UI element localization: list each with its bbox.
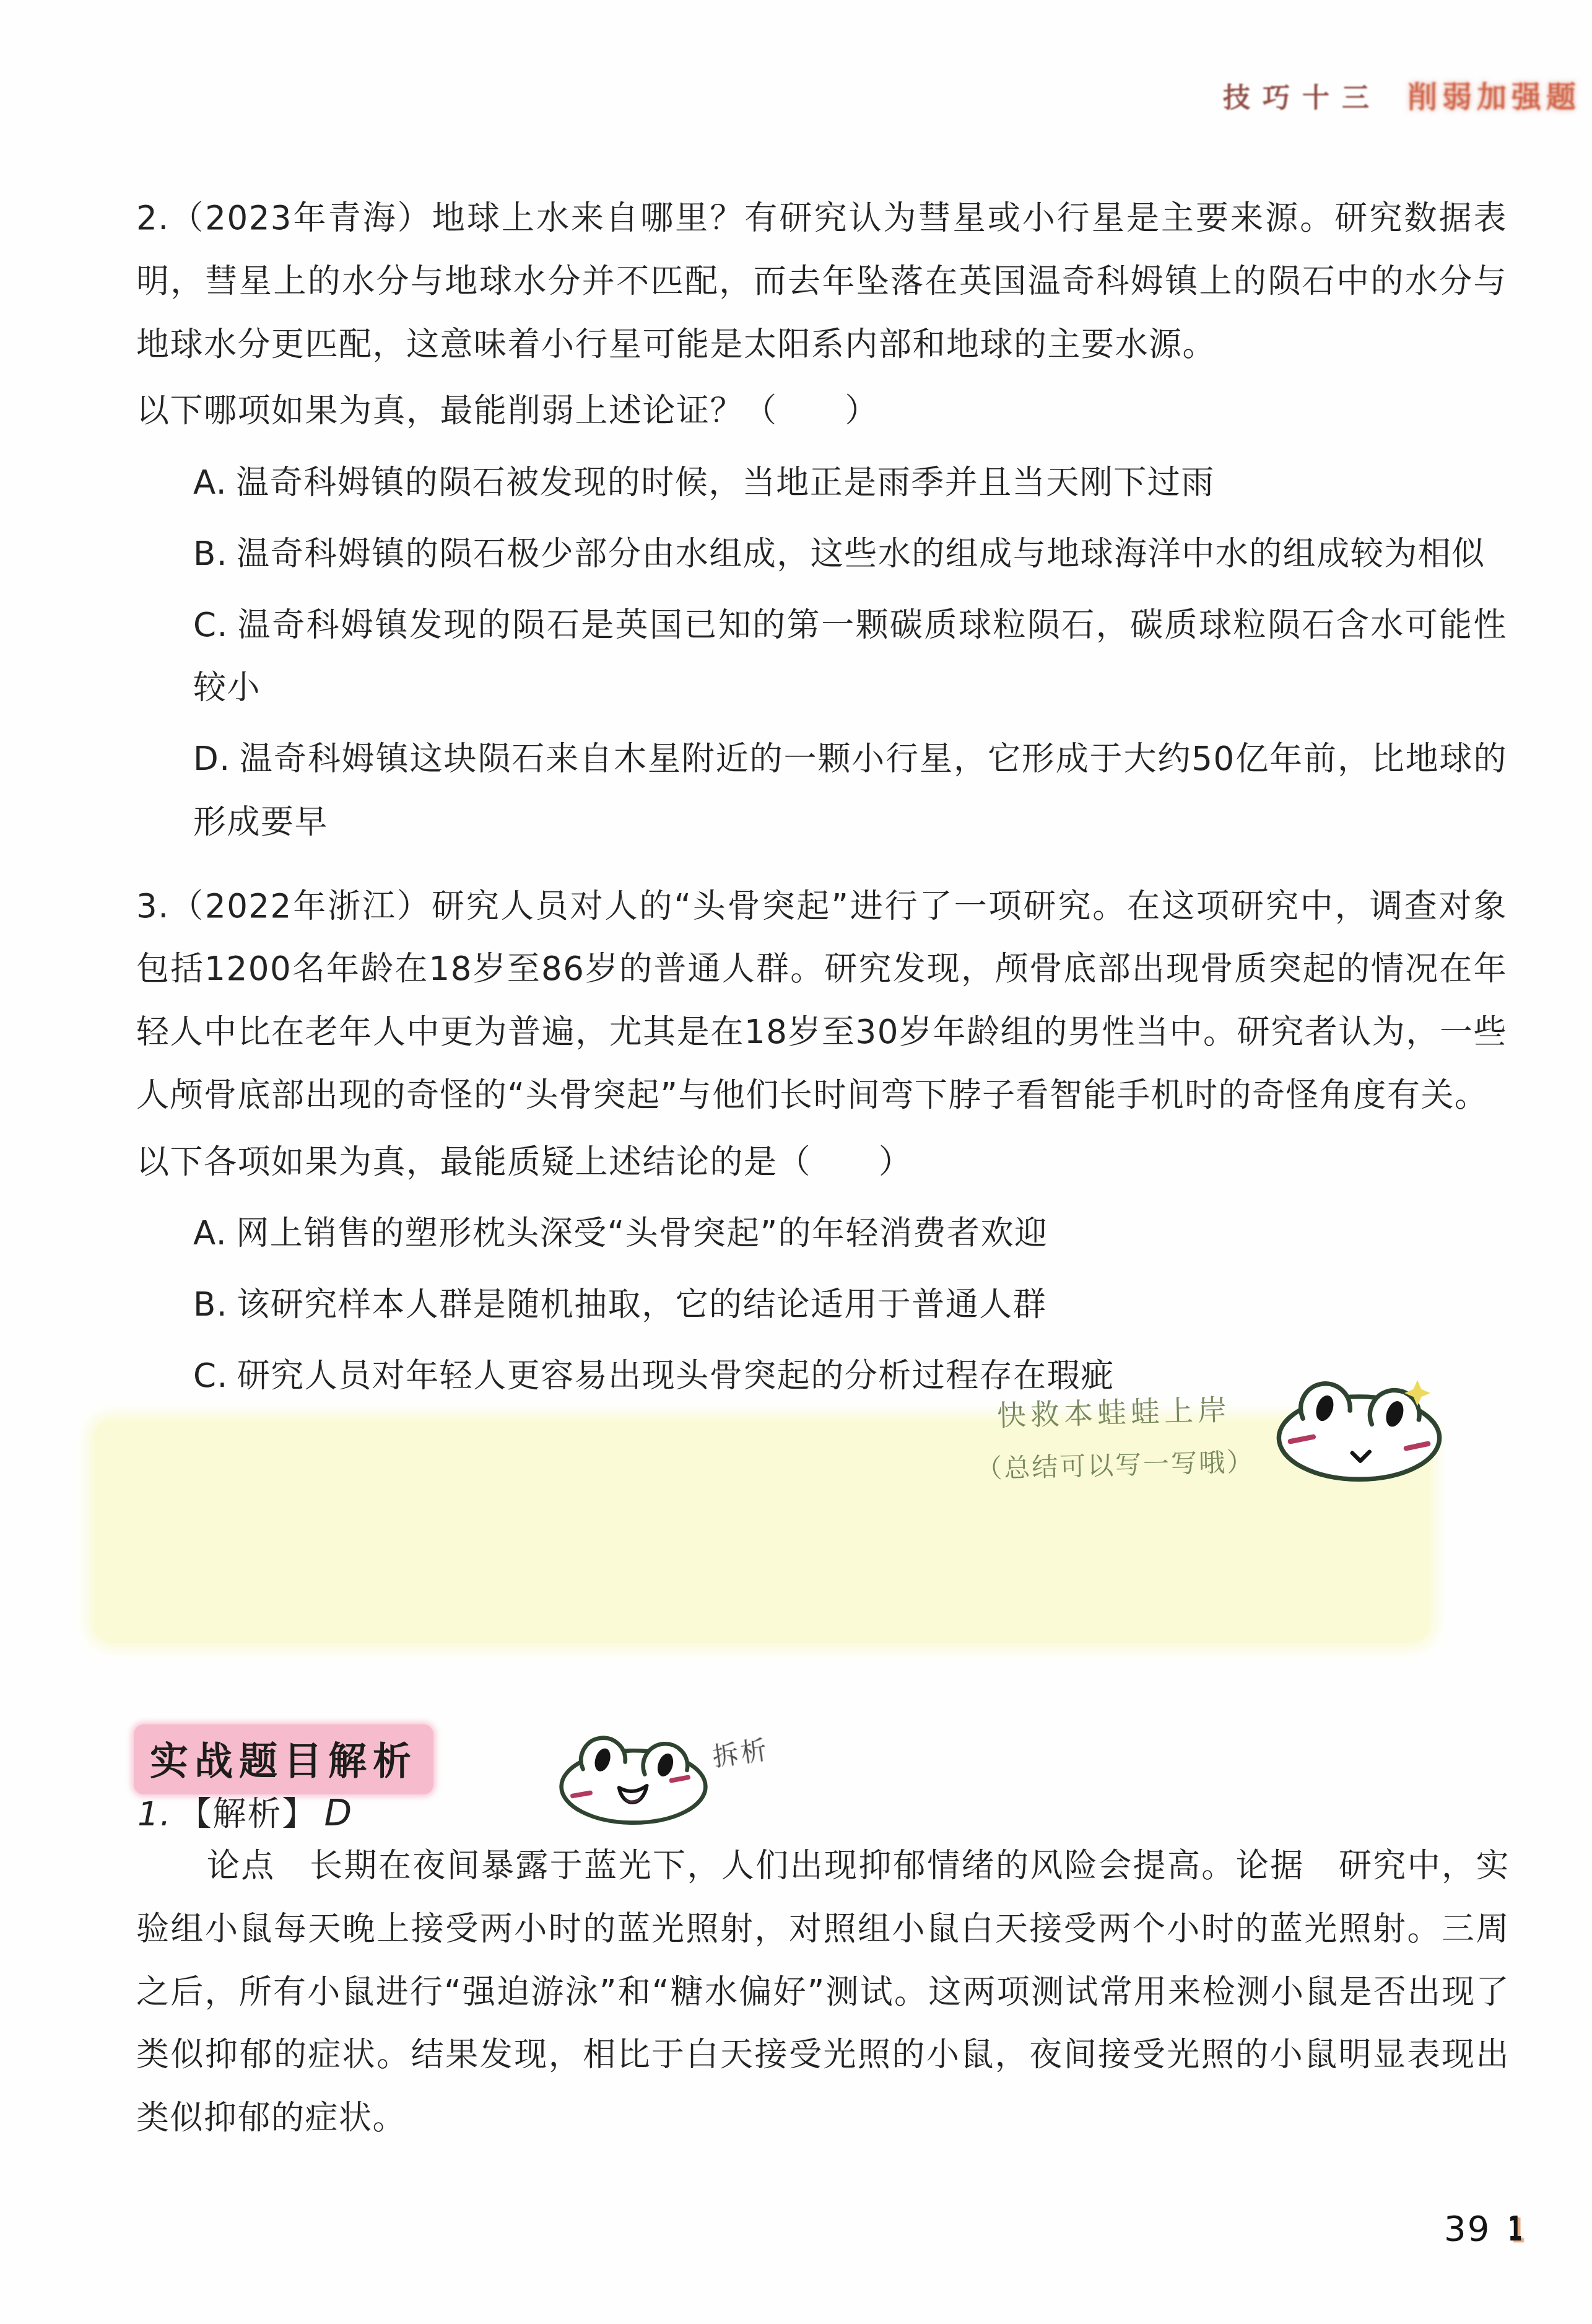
option-label: A. (193, 464, 227, 502)
question-source: （2022年浙江） (170, 888, 432, 925)
option-row-a: A.网上销售的塑形枕头深受“头骨突起”的年轻消费者欢迎 (136, 1202, 1507, 1265)
questions-area: 2.（2023年青海）地球上水来自哪里？有研究认为彗星或小行星是主要来源。研究数… (136, 187, 1507, 1487)
analysis-body: 论点 长期在夜间暴露于蓝光下，人们出现抑郁情绪的风险会提高。论据 研究中，实验组… (136, 1835, 1510, 2150)
answer-prompt: 以下哪项如果为真，最能削弱上述论证？（ ） (136, 380, 1507, 443)
page-header: 技巧十三 削弱加强题 (1223, 73, 1545, 116)
page-number: 39 (1444, 2209, 1490, 2249)
page-number-mark: 1 (1508, 2209, 1523, 2249)
option-label: B. (193, 535, 228, 573)
option-text: 温奇科姆镇发现的陨石是英国已知的第一颗碳质球粒陨石，碳质球粒陨石含水可能性较小 (193, 606, 1507, 707)
handwritten-note: 快救本蛙蛙上岸 （总结可以写一写哦） (965, 1386, 1264, 1487)
workbook-page: 技巧十三 削弱加强题 2.（2023年青海）地球上水来自哪里？有研究认为彗星或小… (0, 0, 1592, 2324)
option-label: B. (193, 1286, 228, 1324)
option-row-a: A.温奇科姆镇的陨石被发现的时候，当地正是雨季并且当天刚下过雨 (136, 452, 1507, 515)
question-number: 3. (136, 888, 170, 925)
question-stem: 3.（2022年浙江）研究人员对人的“头骨突起”进行了一项研究。在这项研究中，调… (136, 875, 1507, 1127)
option-row-b: B.该研究样本人群是随机抽取，它的结论适用于普通人群 (136, 1273, 1507, 1337)
option-row-b: B.温奇科姆镇的陨石极少部分由水组成，这些水的组成与地球海洋中水的组成较为相似 (136, 523, 1507, 586)
analysis-number: 1. (137, 1794, 172, 1833)
option-text: 该研究样本人群是随机抽取，它的结论适用于普通人群 (237, 1286, 1046, 1324)
page-footer: 39 1 (1444, 2209, 1528, 2249)
option-text: 温奇科姆镇的陨石极少部分由水组成，这些水的组成与地球海洋中水的组成较为相似 (237, 535, 1485, 573)
option-label: A. (193, 1215, 227, 1252)
option-text: 温奇科姆镇这块陨石来自木星附近的一颗小行星，它形成于大约50亿年前，比地球的形成… (193, 740, 1507, 841)
option-text: 研究人员对年轻人更容易出现头骨突起的分析过程存在瑕疵 (237, 1357, 1115, 1395)
chapter-title: 削弱加强题 (1407, 73, 1581, 116)
analysis-item-head: 1.【解析】D (137, 1788, 353, 1835)
answer-prompt: 以下各项如果为真，最能质疑上述结论的是（ ） (136, 1131, 1507, 1194)
option-row-c: C.温奇科姆镇发现的陨石是英国已知的第一颗碳质球粒陨石，碳质球粒陨石含水可能性较… (136, 594, 1507, 720)
sparkle-icon (1404, 1380, 1430, 1406)
option-row-d: D.温奇科姆镇这块陨石来自木星附近的一颗小行星，它形成于大约50亿年前，比地球的… (136, 728, 1507, 854)
question-source: （2023年青海） (170, 199, 432, 237)
question-2: 2.（2023年青海）地球上水来自哪里？有研究认为彗星或小行星是主要来源。研究数… (136, 187, 1507, 854)
options-list: A.温奇科姆镇的陨石被发现的时候，当地正是雨季并且当天刚下过雨 B.温奇科姆镇的… (136, 452, 1507, 854)
option-text: 温奇科姆镇的陨石被发现的时候，当地正是雨季并且当天刚下过雨 (236, 464, 1215, 502)
question-stem: 2.（2023年青海）地球上水来自哪里？有研究认为彗星或小行星是主要来源。研究数… (136, 187, 1507, 376)
chapter-label: 技巧十三 (1223, 76, 1381, 115)
question-number: 2. (136, 199, 170, 237)
option-label: C. (193, 1357, 228, 1395)
analysis-tag: 【解析】 (178, 1794, 317, 1833)
option-label: C. (193, 606, 228, 644)
section-title: 实战题目解析 (134, 1724, 433, 1794)
analysis-answer: D (324, 1792, 354, 1834)
note-line-2: （总结可以写一写哦） (966, 1441, 1264, 1487)
option-text: 网上销售的塑形枕头深受“头骨突起”的年轻消费者欢迎 (236, 1215, 1048, 1252)
option-label: D. (193, 740, 231, 778)
sketch-label: 拆析 (710, 1729, 771, 1774)
frog-icon (556, 1727, 711, 1825)
note-line-1: 快救本蛙蛙上岸 (965, 1386, 1263, 1436)
